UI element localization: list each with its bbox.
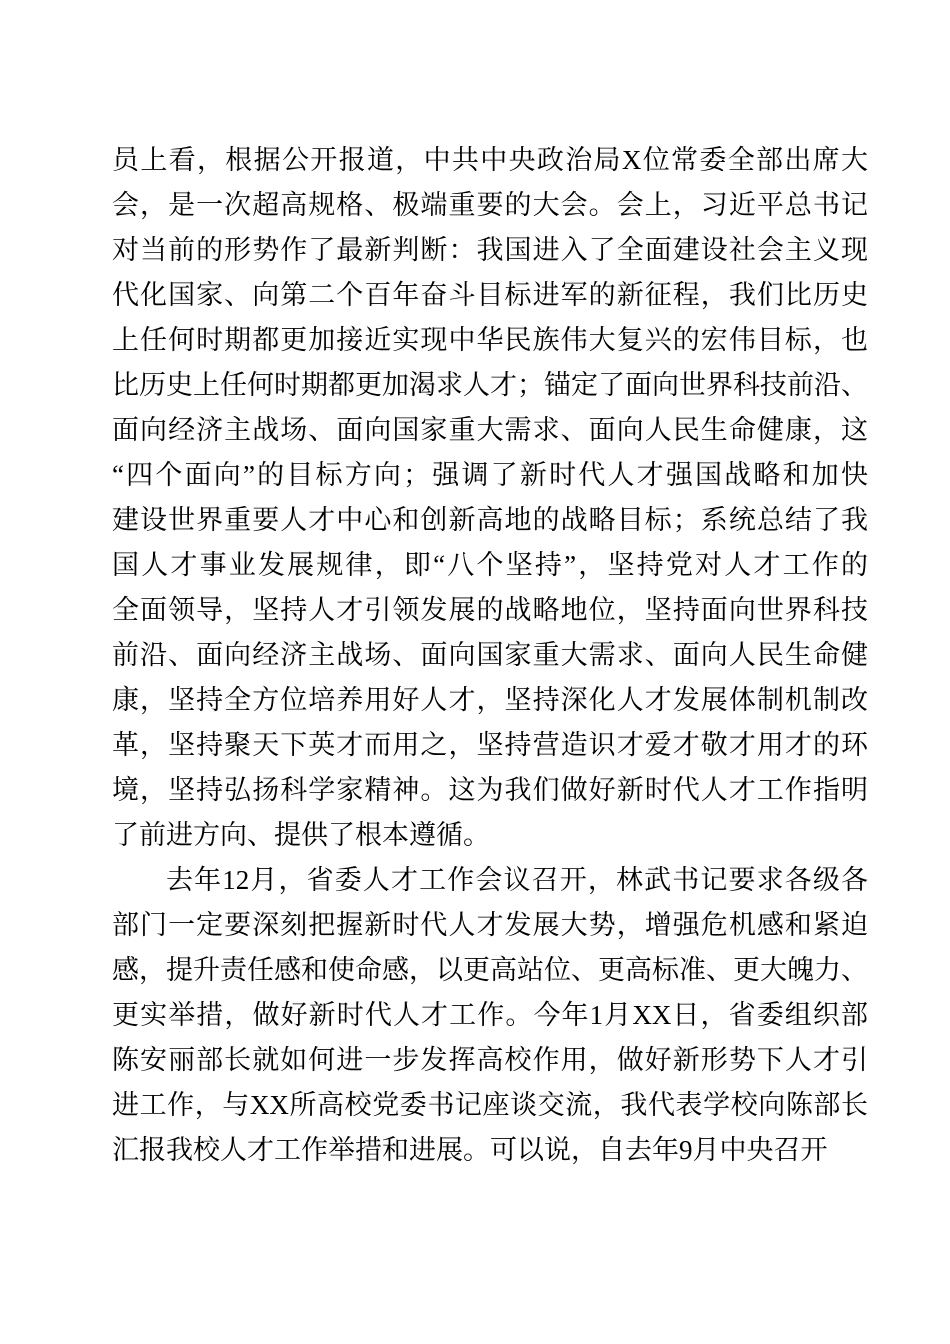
text-line: 进工作，与XX所高校党委书记座谈交流，我代表学校向陈部长 xyxy=(112,1083,868,1128)
text-line: 陈安丽部长就如何进一步发挥高校作用，做好新形势下人才引 xyxy=(112,1038,868,1083)
text-line: 汇报我校人才工作举措和进展。可以说，自去年9月中央召开 xyxy=(112,1128,868,1173)
text-line: 康，坚持全方位培养用好人才，坚持深化人才发展体制机制改 xyxy=(112,678,868,723)
text-line: 代化国家、向第二个百年奋斗目标进军的新征程，我们比历史 xyxy=(112,273,868,318)
text-line: 建设世界重要人才中心和创新高地的战略目标；系统总结了我 xyxy=(112,498,868,543)
text-line: 全面领导，坚持人才引领发展的战略地位，坚持面向世界科技 xyxy=(112,588,868,633)
text-line: 会，是一次超高规格、极端重要的大会。会上，习近平总书记 xyxy=(112,183,868,228)
text-line: 境，坚持弘扬科学家精神。这为我们做好新时代人才工作指明 xyxy=(112,768,868,813)
text-line: “四个面向”的目标方向；强调了新时代人才强国战略和加快 xyxy=(112,453,868,498)
text-line: 部门一定要深刻把握新时代人才发展大势，增强危机感和紧迫 xyxy=(112,903,868,948)
text-line: 上任何时期都更加接近实现中华民族伟大复兴的宏伟目标，也 xyxy=(112,318,868,363)
text-line: 感，提升责任感和使命感，以更高站位、更高标准、更大魄力、 xyxy=(112,948,868,993)
text-line: 比历史上任何时期都更加渴求人才；锚定了面向世界科技前沿、 xyxy=(112,363,868,408)
text-line: 员上看，根据公开报道，中共中央政治局X位常委全部出席大 xyxy=(112,138,868,183)
text-line: 更实举措，做好新时代人才工作。今年1月XX日，省委组织部 xyxy=(112,993,868,1038)
text-line: 国人才事业发展规律，即“八个坚持”，坚持党对人才工作的 xyxy=(112,543,868,588)
text-line: 去年12月，省委人才工作会议召开，林武书记要求各级各 xyxy=(112,858,868,903)
document-body-text: 员上看，根据公开报道，中共中央政治局X位常委全部出席大会，是一次超高规格、极端重… xyxy=(112,138,868,1173)
text-line: 面向经济主战场、面向国家重大需求、面向人民生命健康，这 xyxy=(112,408,868,453)
text-line: 了前进方向、提供了根本遵循。 xyxy=(112,813,868,858)
document-page: 员上看，根据公开报道，中共中央政治局X位常委全部出席大会，是一次超高规格、极端重… xyxy=(0,0,950,1344)
text-line: 对当前的形势作了最新判断：我国进入了全面建设社会主义现 xyxy=(112,228,868,273)
text-line: 前沿、面向经济主战场、面向国家重大需求、面向人民生命健 xyxy=(112,633,868,678)
text-line: 革，坚持聚天下英才而用之，坚持营造识才爱才敬才用才的环 xyxy=(112,723,868,768)
